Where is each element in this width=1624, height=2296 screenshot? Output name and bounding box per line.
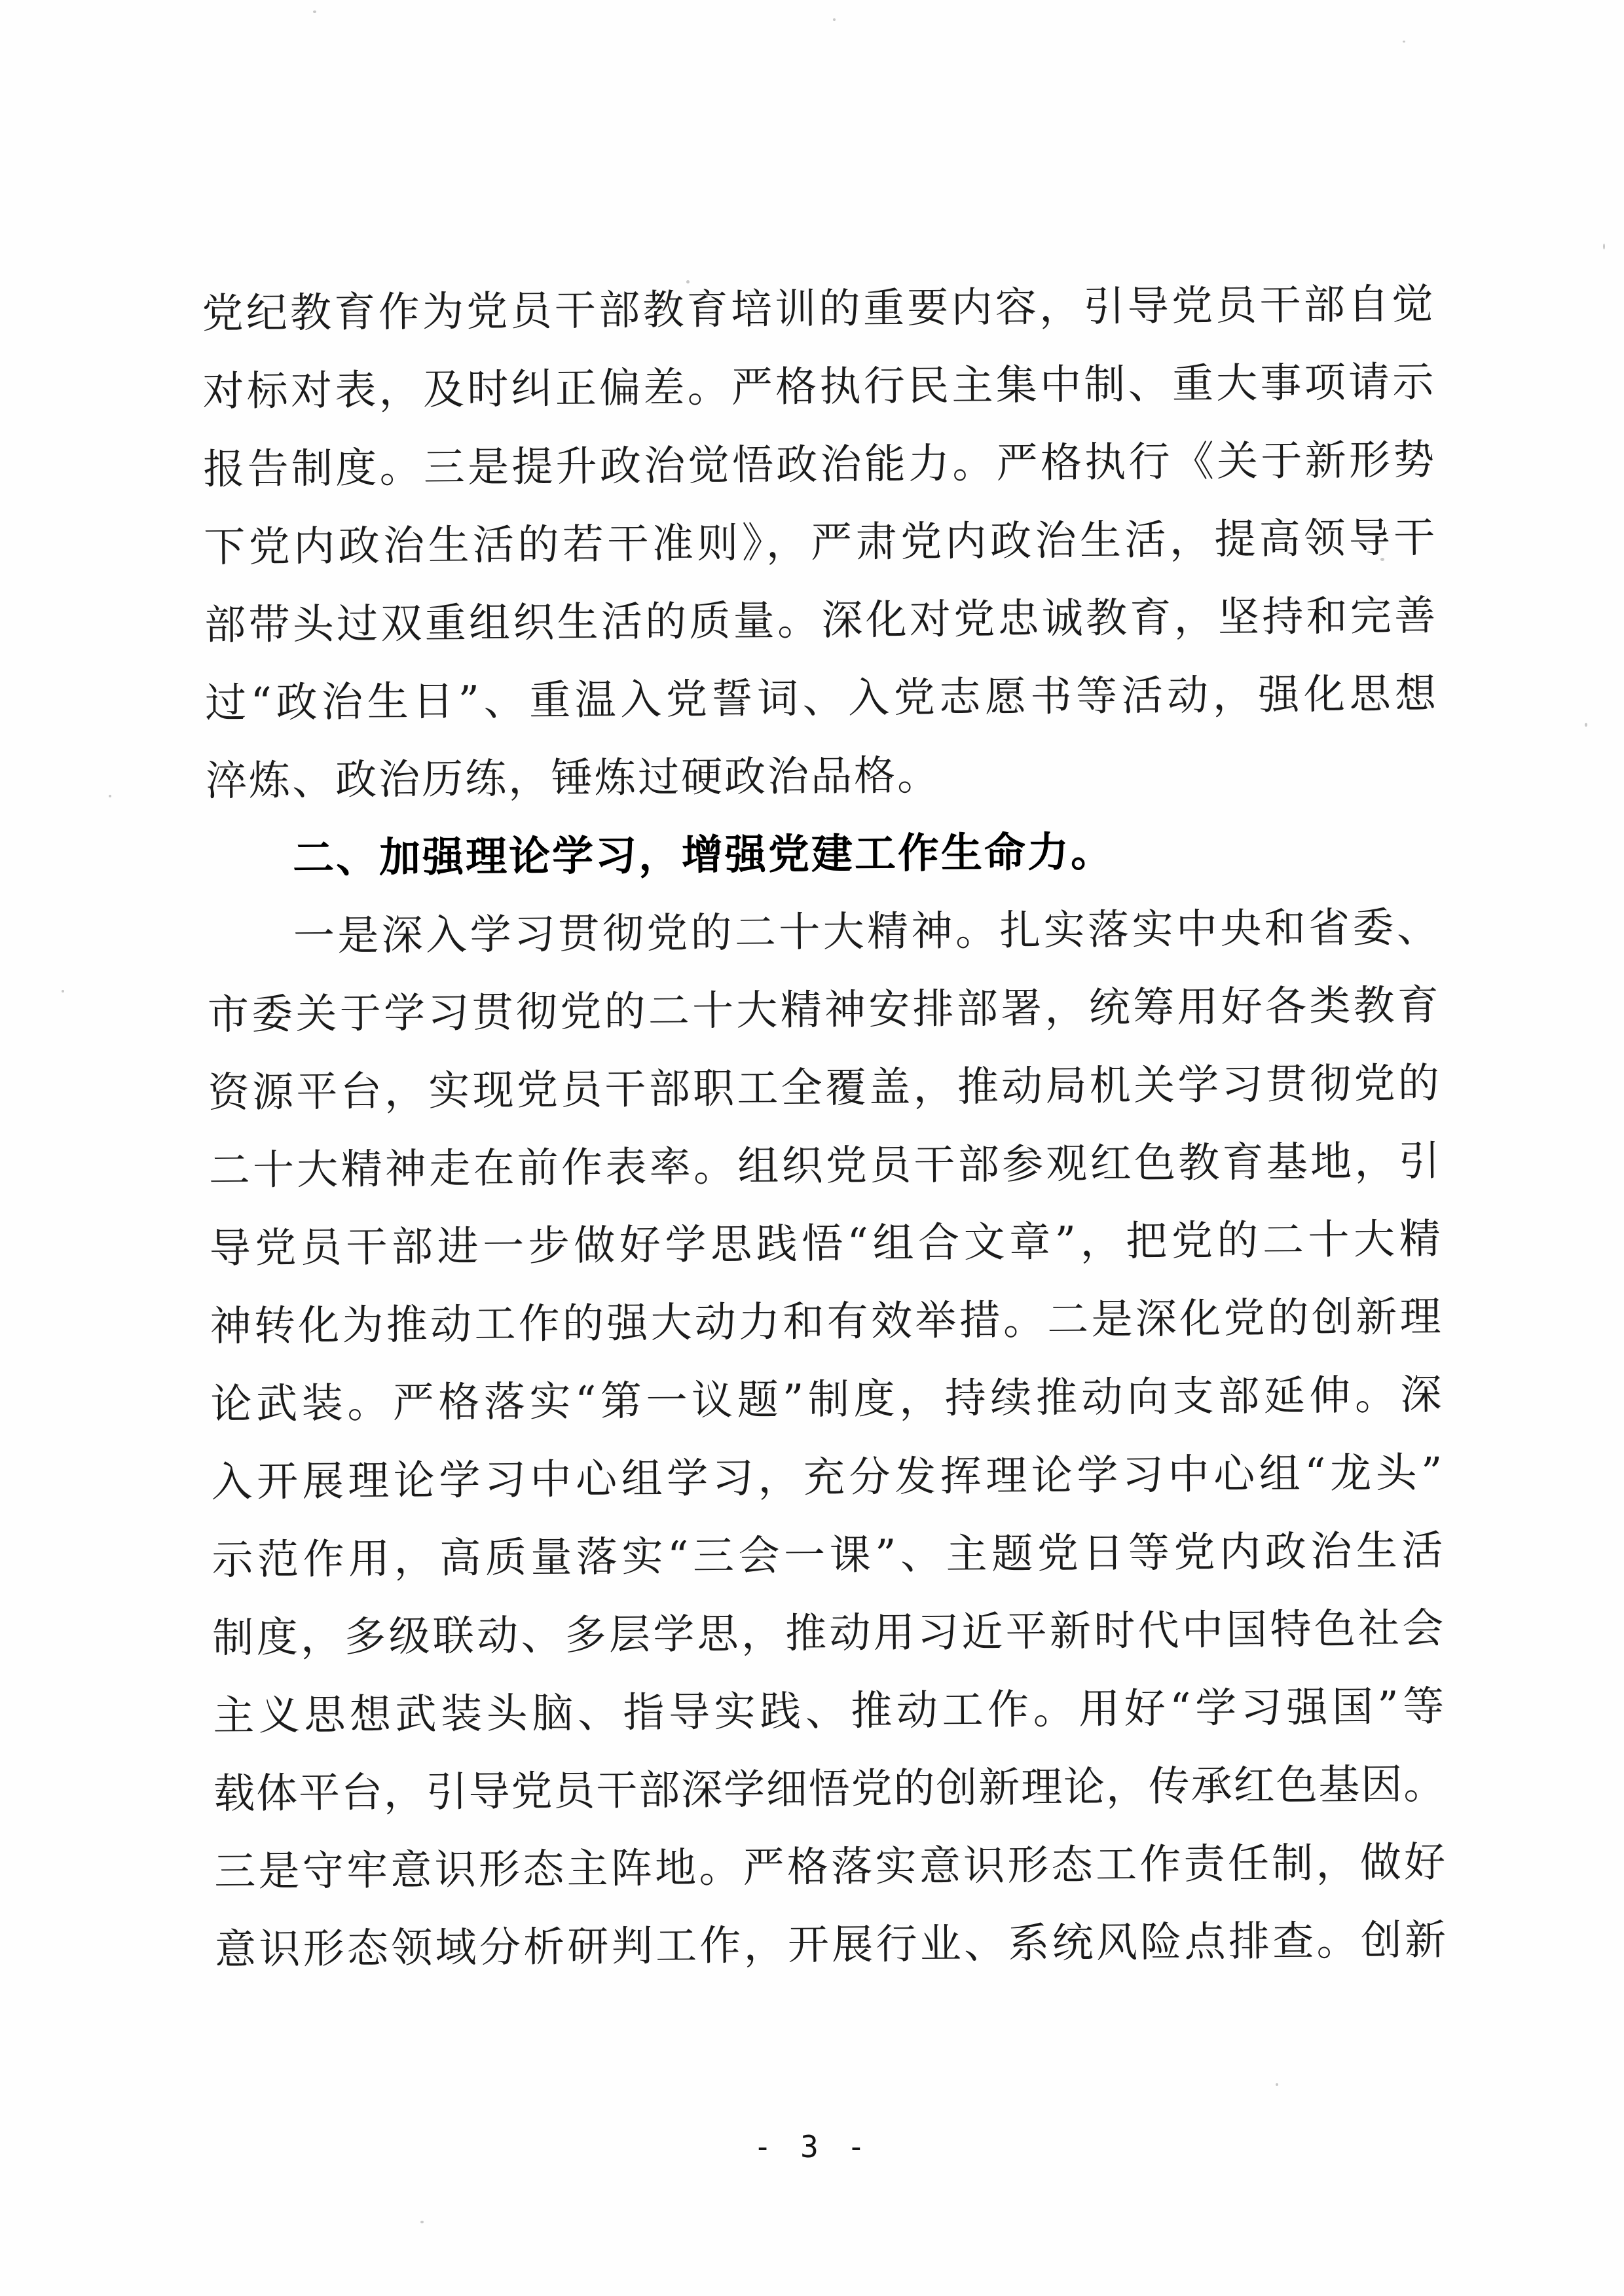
scan-speck [62,990,64,993]
text-line: 过“政治生日”、重温入党誓词、入党志愿书等活动，强化思想 [205,655,1437,742]
document-page: 党纪教育作为党员干部教育培训的重要内容，引导党员干部自觉 对标对表，及时纠正偏差… [0,0,1624,2296]
text-line: 论武装。严格落实“第一议题”制度，持续推动向支部延伸。深 [210,1356,1442,1444]
text-line: 资源平台，实现党员干部职工全覆盖，推动局机关学习贯彻党的 [208,1044,1439,1132]
text-line: 载体平台，引导党员干部深学细悟党的创新理论，传承红色基因。 [213,1745,1445,1833]
text-line: 示范作用，高质量落实“三会一课”、主题党日等党内政治生活 [212,1512,1443,1599]
text-line: 淬炼、政治历练，锤炼过硬政治品格。 [206,733,1437,820]
paragraph-continued: 党纪教育作为党员干部教育培训的重要内容，引导党员干部自觉 对标对表，及时纠正偏差… [202,265,1437,820]
text-line: 下党内政治生活的若干准则》，严肃党内政治生活，提高领导干 [204,499,1435,587]
text-line: 一是深入学习贯彻党的二十大精神。扎实落实中央和省委、 [207,888,1439,976]
scan-speck [1603,244,1605,249]
scan-speck [1403,41,1405,43]
scan-speck [1276,2083,1278,2086]
text-line: 神转化为推动工作的强大动力和有效举措。二是深化党的创新理 [210,1278,1441,1366]
paragraph: 一是深入学习贯彻党的二十大精神。扎实落实中央和省委、 市委关于学习贯彻党的二十大… [207,888,1447,1989]
page-number: - 3 - [0,2129,1624,2164]
section-heading: 二、加强理论学习，增强党建工作生命力。 [206,811,1438,898]
text-line: 报告制度。三是提升政治觉悟政治能力。严格执行《关于新形势 [203,421,1435,509]
scan-speck [1585,723,1587,727]
scan-speck [420,2221,424,2223]
text-line: 制度，多级联动、多层学思，推动用习近平新时代中国特色社会 [212,1590,1444,1677]
text-line: 二十大精神走在前作表率。组织党员干部参观红色教育基地，引 [208,1122,1440,1210]
text-line: 部带头过双重组织生活的质量。深化对党忠诚教育，坚持和完善 [204,577,1436,665]
text-line: 对标对表，及时纠正偏差。严格执行民主集中制、重大事项请示 [202,343,1434,431]
text-line: 入开展理论学习中心组学习，充分发挥理论学习中心组“龙头” [211,1434,1443,1522]
scan-speck [109,795,111,797]
document-body: 党纪教育作为党员干部教育培训的重要内容，引导党员干部自觉 对标对表，及时纠正偏差… [202,265,1447,1989]
text-line: 导党员干部进一步做好学思践悟“组合文章”，把党的二十大精 [209,1200,1441,1288]
text-line: 市委关于学习贯彻党的二十大精神安排部署，统筹用好各类教育 [207,966,1439,1054]
text-line: 党纪教育作为党员干部教育培训的重要内容，引导党员干部自觉 [202,265,1433,353]
scan-speck [833,18,836,21]
scan-speck [313,10,316,13]
text-line: 三是守牢意识形态主阵地。严格落实意识形态工作责任制，做好 [214,1823,1446,1911]
text-line: 主义思想武装头脑、指导实践、推动工作。用好“学习强国”等 [213,1667,1445,1755]
text-line: 意识形态领域分析研判工作，开展行业、系统风险点排查。创新 [215,1901,1447,1989]
